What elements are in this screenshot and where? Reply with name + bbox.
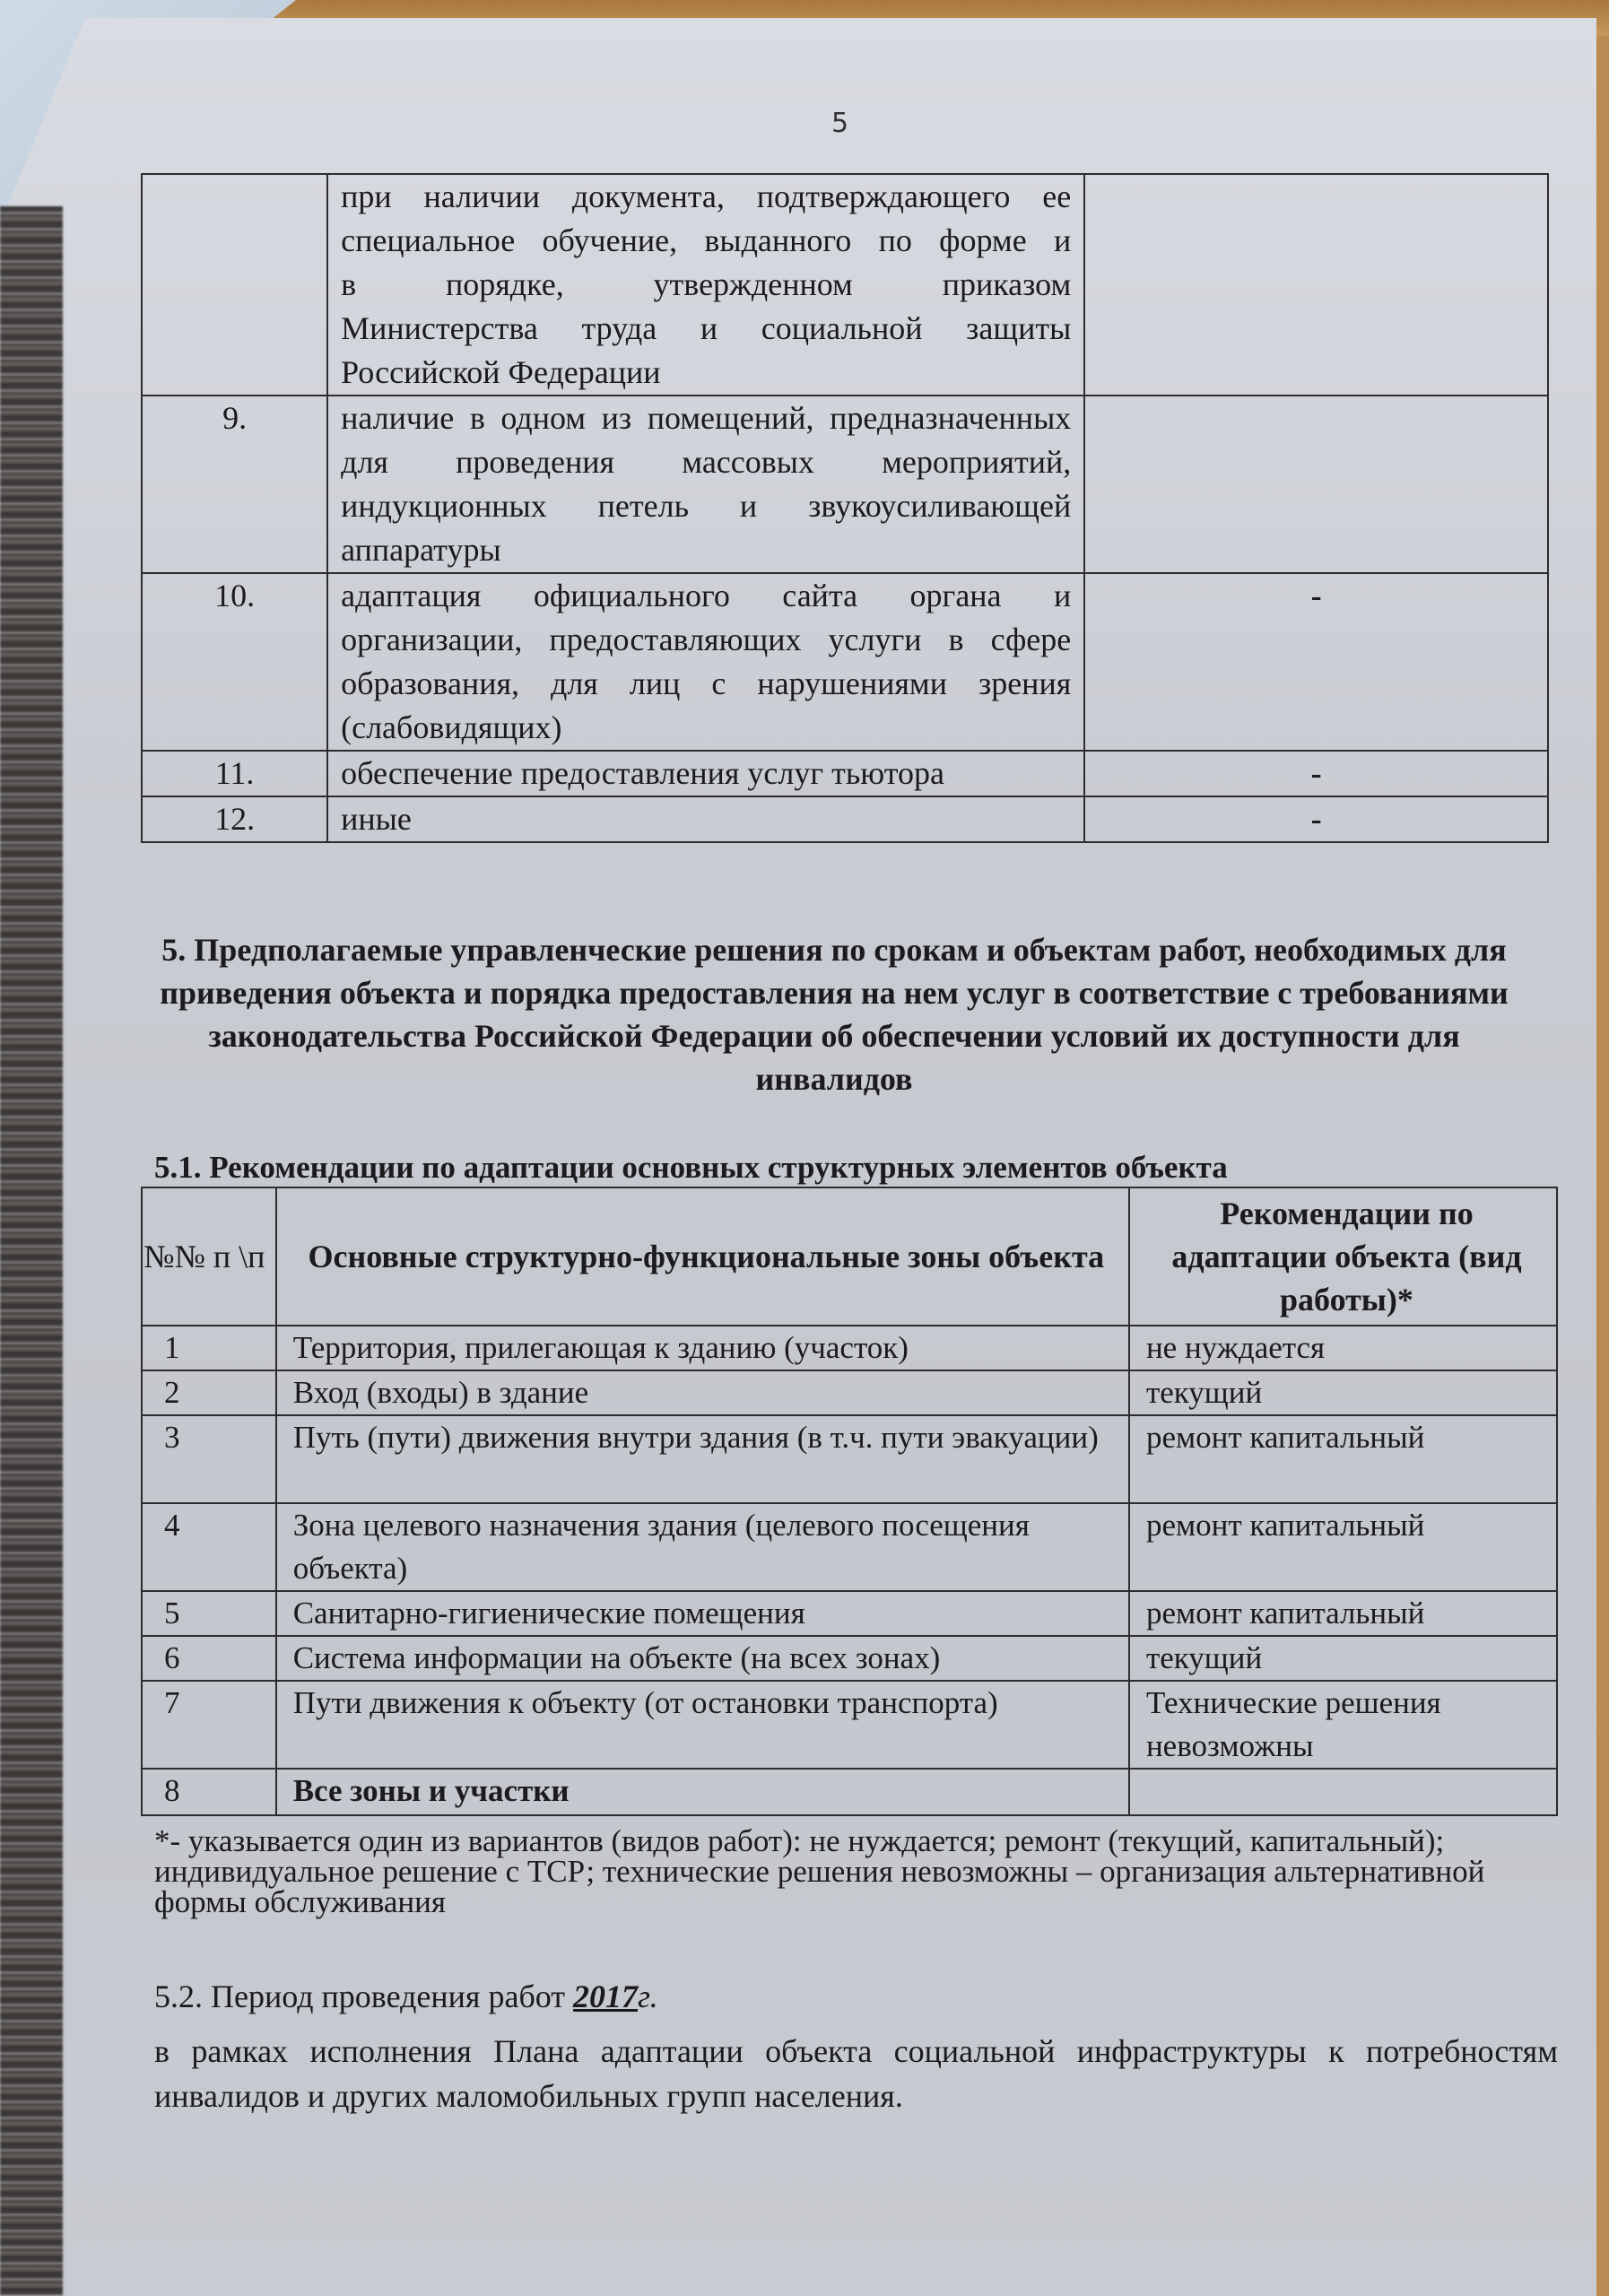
header-recommendation: Рекомендации по адаптации объекта (вид р… <box>1129 1187 1557 1326</box>
accessibility-services-table-continued: при наличии документа, подтверждающего е… <box>141 173 1549 843</box>
structural-elements-recommendations-table: №№ п \п Основные структурно-функциональн… <box>141 1187 1558 1816</box>
row-text: обеспечение предоставления услуг тьютора <box>327 751 1084 796</box>
table-row: 8 Все зоны и участки <box>142 1769 1557 1815</box>
row-text: адаптация официального сайта органа и ор… <box>327 573 1084 751</box>
header-number: №№ п \п <box>142 1187 276 1326</box>
row-number: 11. <box>142 751 327 796</box>
work-period: 5.2. Период проведения работ 2017г. <box>154 1978 658 2015</box>
page-number: 5 <box>831 108 848 139</box>
row-value: - <box>1084 573 1548 751</box>
row-number: 8 <box>142 1769 276 1815</box>
row-recommendation <box>1129 1769 1557 1815</box>
table-row: при наличии документа, подтверждающего е… <box>142 174 1548 396</box>
adaptation-plan-text: в рамках исполнения Плана адаптации объе… <box>154 2029 1558 2118</box>
section-5-1-heading: 5.1. Рекомендации по адаптации основных … <box>154 1150 1535 1186</box>
table-row: 1 Территория, прилегающая к зданию (учас… <box>142 1326 1557 1370</box>
table-row: 6 Система информации на объекте (на всех… <box>142 1636 1557 1681</box>
table-row: 9. наличие в одном из помещений, предназ… <box>142 396 1548 573</box>
row-number: 9. <box>142 396 327 573</box>
binding-edge <box>0 206 63 2296</box>
row-recommendation: ремонт капитальный <box>1129 1591 1557 1636</box>
row-zone: Санитарно-гигиенические помещения <box>276 1591 1129 1636</box>
row-number: 1 <box>142 1326 276 1370</box>
table-row: 4 Зона целевого назначения здания (целев… <box>142 1503 1557 1591</box>
row-zone: Территория, прилегающая к зданию (участо… <box>276 1326 1129 1370</box>
table-row: 3 Путь (пути) движения внутри здания (в … <box>142 1415 1557 1503</box>
table-footnote: *- указывается один из вариантов (видов … <box>154 1826 1535 1918</box>
section-5-heading: 5. Предполагаемые управленческие решения… <box>144 928 1525 1100</box>
table-row: 12. иные - <box>142 796 1548 842</box>
row-number: 3 <box>142 1415 276 1503</box>
table-row: 2 Вход (входы) в здание текущий <box>142 1370 1557 1415</box>
row-number: 5 <box>142 1591 276 1636</box>
row-number: 6 <box>142 1636 276 1681</box>
work-period-label: 5.2. Период проведения работ <box>154 1979 573 2014</box>
row-recommendation: не нуждается <box>1129 1326 1557 1370</box>
row-recommendation: ремонт капитальный <box>1129 1415 1557 1503</box>
table-row: 10. адаптация официального сайта органа … <box>142 573 1548 751</box>
row-recommendation: текущий <box>1129 1636 1557 1681</box>
row-number: 12. <box>142 796 327 842</box>
row-recommendation: текущий <box>1129 1370 1557 1415</box>
table-row: 11. обеспечение предоставления услуг тью… <box>142 751 1548 796</box>
work-period-suffix: г. <box>638 1979 658 2014</box>
row-zone: Пути движения к объекту (от остановки тр… <box>276 1681 1129 1769</box>
row-zone: Вход (входы) в здание <box>276 1370 1129 1415</box>
row-text: при наличии документа, подтверждающего е… <box>327 174 1084 396</box>
table-header-row: №№ п \п Основные структурно-функциональн… <box>142 1187 1557 1326</box>
row-recommendation: ремонт капитальный <box>1129 1503 1557 1591</box>
row-number: 2 <box>142 1370 276 1415</box>
row-number: 10. <box>142 573 327 751</box>
row-zone: Все зоны и участки <box>276 1769 1129 1815</box>
row-number: 4 <box>142 1503 276 1591</box>
table-row: 7 Пути движения к объекту (от остановки … <box>142 1681 1557 1769</box>
row-zone: Путь (пути) движения внутри здания (в т.… <box>276 1415 1129 1503</box>
header-zone: Основные структурно-функциональные зоны … <box>276 1187 1129 1326</box>
row-value: - <box>1084 751 1548 796</box>
row-text: наличие в одном из помещений, предназнач… <box>327 396 1084 573</box>
row-recommendation: Технические решения невозможны <box>1129 1681 1557 1769</box>
row-zone: Зона целевого назначения здания (целевог… <box>276 1503 1129 1591</box>
row-number <box>142 174 327 396</box>
work-period-year: 2017 <box>573 1979 638 2014</box>
row-value: - <box>1084 796 1548 842</box>
row-number: 7 <box>142 1681 276 1769</box>
row-value <box>1084 396 1548 573</box>
row-zone: Система информации на объекте (на всех з… <box>276 1636 1129 1681</box>
table-row: 5 Санитарно-гигиенические помещения ремо… <box>142 1591 1557 1636</box>
row-value <box>1084 174 1548 396</box>
row-text: иные <box>327 796 1084 842</box>
